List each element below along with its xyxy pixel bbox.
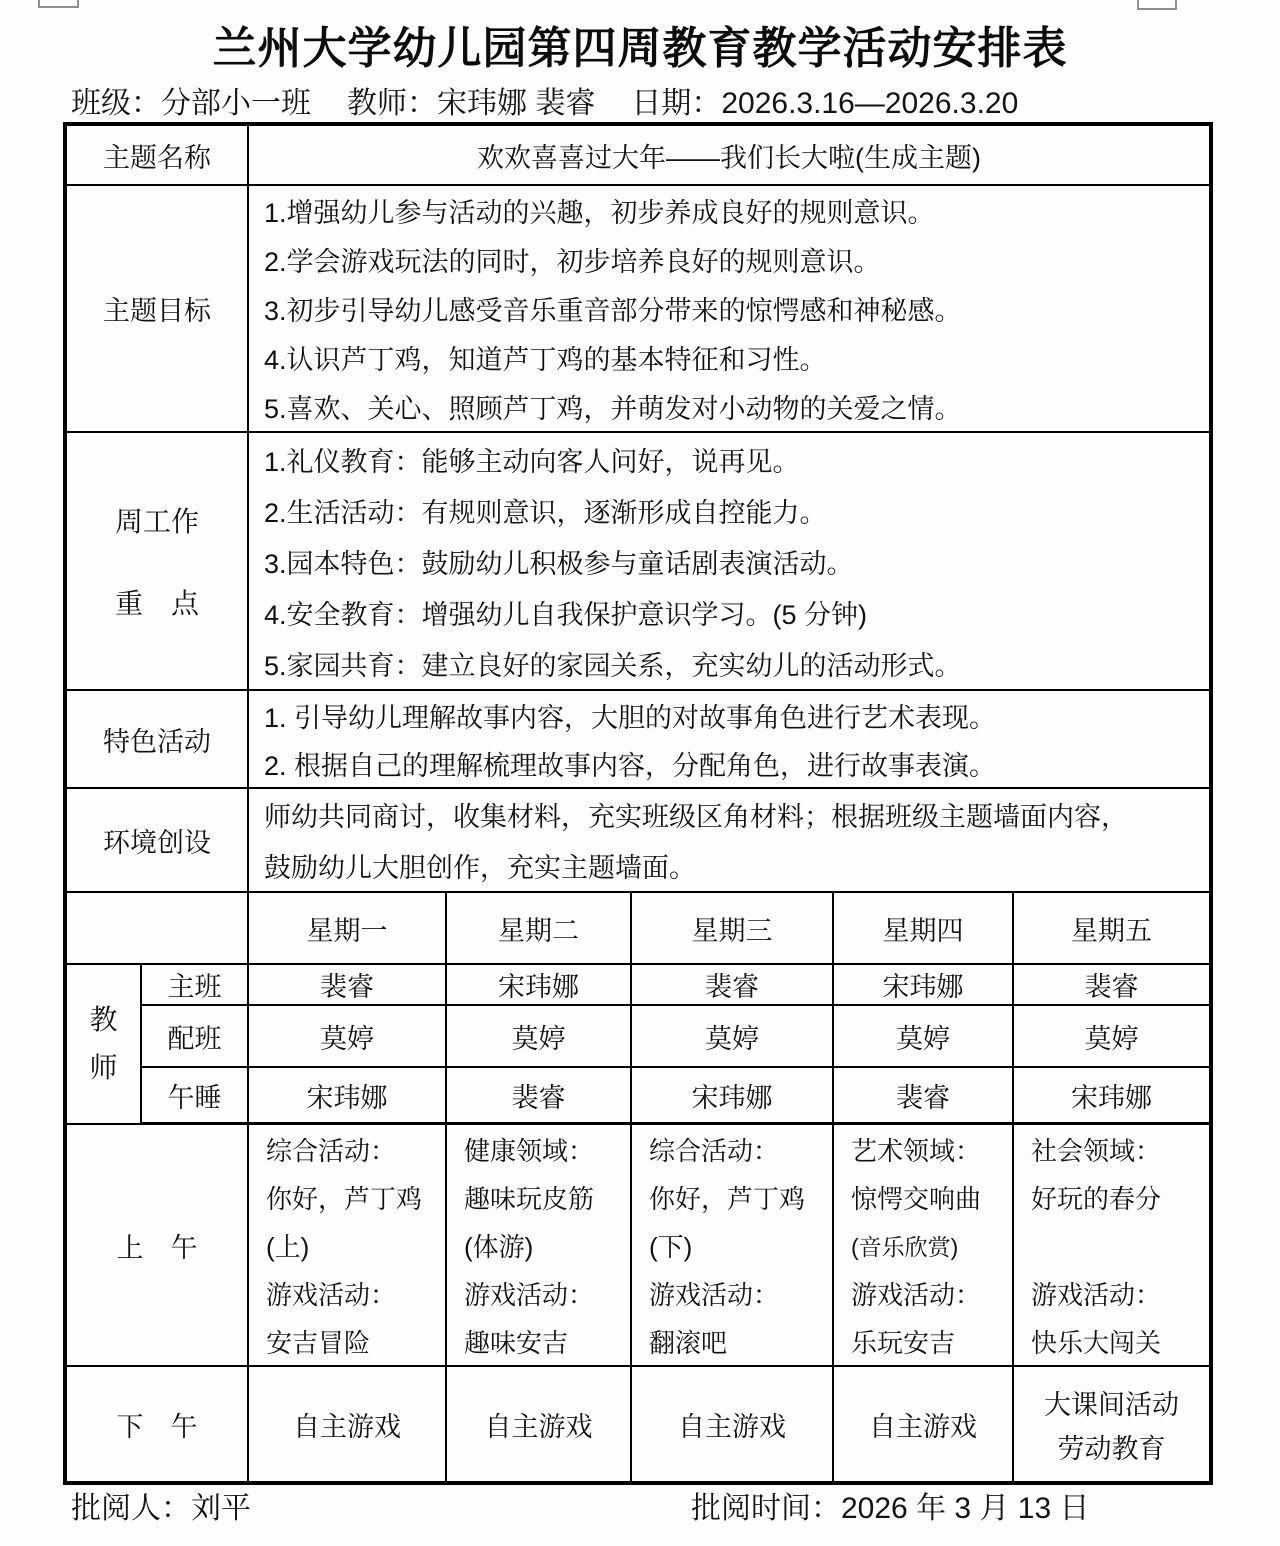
row-teacher-main: 教师 主班 裴睿 宋玮娜 裴睿 宋玮娜 裴睿 xyxy=(65,964,1211,1005)
activity-line: 游戏活动： xyxy=(1031,1269,1209,1317)
row-teacher-assist: 配班 莫婷 莫婷 莫婷 莫婷 莫婷 xyxy=(65,1005,1211,1067)
activity-line: 劳动教育 xyxy=(1058,1424,1166,1468)
row-morning: 上 午 综合活动： 你好，芦丁鸡 (上) 游戏活动： 安吉冒险 健康领域： 趣味… xyxy=(65,1124,1211,1367)
activity-line: 乐玩安吉 xyxy=(851,1317,1012,1365)
environment-label: 环境创设 xyxy=(65,788,248,892)
row-theme-goals: 主题目标 1.增强幼儿参与活动的兴趣，初步养成良好的规则意识。 2.学会游戏玩法… xyxy=(65,185,1211,432)
teacher-name: 裴睿 xyxy=(833,1067,1013,1124)
meta-teacher: 教师：宋玮娜 裴睿 xyxy=(347,78,595,122)
activity-line: (音乐欣赏) xyxy=(851,1221,1012,1269)
theme-goal-item: 4.认识芦丁鸡，知道芦丁鸡的基本特征和习性。 xyxy=(264,333,1209,382)
teacher-name: 莫婷 xyxy=(446,1005,631,1067)
activity-line: 趣味玩皮筋 xyxy=(464,1173,630,1221)
morning-cell-fri: 社会领域： 好玩的春分 游戏活动： 快乐大闯关 xyxy=(1013,1124,1211,1367)
week-focus-item: 5.家园共育：建立良好的家园关系，充实幼儿的活动形式。 xyxy=(264,638,1209,689)
weekday-mon: 星期一 xyxy=(248,892,446,964)
week-focus-cell: 1.礼仪教育：能够主动向客人问好，说再见。 2.生活活动：有规则意识，逐渐形成自… xyxy=(248,432,1211,690)
activity-line: (上) xyxy=(266,1221,445,1269)
week-focus-label: 周工作 重 点 xyxy=(65,432,248,690)
week-focus-label-line1: 周工作 xyxy=(67,500,247,540)
row-environment: 环境创设 师幼共同商讨，收集材料，充实班级区角材料；根据班级主题墙面内容， 鼓励… xyxy=(65,788,1211,892)
row-teacher-nap: 午睡 宋玮娜 裴睿 宋玮娜 裴睿 宋玮娜 xyxy=(65,1067,1211,1124)
activity-line: 你好，芦丁鸡 xyxy=(649,1173,832,1221)
teacher-assist-label: 配班 xyxy=(141,1005,248,1067)
theme-goal-item: 1.增强幼儿参与活动的兴趣，初步养成良好的规则意识。 xyxy=(264,186,1209,235)
morning-cell-tue: 健康领域： 趣味玩皮筋 (体游) 游戏活动： 趣味安吉 xyxy=(446,1124,631,1367)
theme-name-label: 主题名称 xyxy=(65,124,248,185)
activity-line: 翻滚吧 xyxy=(649,1317,832,1365)
meta-class: 班级：分部小一班 xyxy=(71,78,311,122)
activity-line: 游戏活动： xyxy=(464,1269,630,1317)
teacher-name: 裴睿 xyxy=(248,964,446,1005)
theme-goals-cell: 1.增强幼儿参与活动的兴趣，初步养成良好的规则意识。 2.学会游戏玩法的同时，初… xyxy=(248,185,1211,432)
teacher-name: 莫婷 xyxy=(1013,1005,1211,1067)
weekday-fri: 星期五 xyxy=(1013,892,1211,964)
teacher-name: 莫婷 xyxy=(631,1005,833,1067)
row-afternoon: 下 午 自主游戏 自主游戏 自主游戏 自主游戏 大课间活动 劳动教育 xyxy=(65,1366,1211,1483)
morning-cell-thu: 艺术领域： 惊愕交响曲 (音乐欣赏) 游戏活动： 乐玩安吉 xyxy=(833,1124,1013,1367)
activity-line: 综合活动： xyxy=(649,1125,832,1173)
teacher-name: 裴睿 xyxy=(1013,964,1211,1005)
scan-artifact-right xyxy=(1137,0,1177,10)
teacher-name: 宋玮娜 xyxy=(1013,1067,1211,1124)
footer-review-time: 批阅时间：2026 年 3 月 13 日 xyxy=(691,1483,1089,1527)
footer-line: 批阅人：刘平 批阅时间：2026 年 3 月 13 日 xyxy=(71,1483,1089,1527)
weekday-header-spacer xyxy=(65,892,248,964)
weekday-thu: 星期四 xyxy=(833,892,1013,964)
environment-line: 鼓励幼儿大胆创作，充实主题墙面。 xyxy=(264,840,1209,891)
footer-reviewer: 批阅人：刘平 xyxy=(71,1483,251,1527)
activity-line: 游戏活动： xyxy=(851,1269,1012,1317)
activity-line: 惊愕交响曲 xyxy=(851,1173,1012,1221)
theme-goal-item: 3.初步引导幼儿感受音乐重音部分带来的惊愕感和神秘感。 xyxy=(264,284,1209,333)
afternoon-cell-mon: 自主游戏 xyxy=(248,1366,446,1483)
theme-goals-label: 主题目标 xyxy=(65,185,248,432)
activity-line: 安吉冒险 xyxy=(266,1317,445,1365)
scan-artifact-left xyxy=(38,0,79,8)
activity-line: 趣味安吉 xyxy=(464,1317,630,1365)
teacher-name: 宋玮娜 xyxy=(833,964,1013,1005)
activity-line: 自主游戏 xyxy=(869,1402,977,1446)
scanned-schedule-page: 兰州大学幼儿园第四周教育教学活动安排表 班级：分部小一班 教师：宋玮娜 裴睿 日… xyxy=(0,0,1280,1546)
activity-line: 好玩的春分 xyxy=(1031,1173,1209,1221)
environment-line: 师幼共同商讨，收集材料，充实班级区角材料；根据班级主题墙面内容， xyxy=(264,789,1209,840)
teacher-name: 宋玮娜 xyxy=(446,964,631,1005)
activity-line: 游戏活动： xyxy=(266,1269,445,1317)
week-focus-item: 3.园本特色：鼓励幼儿积极参与童话剧表演活动。 xyxy=(264,536,1209,587)
environment-cell: 师幼共同商讨，收集材料，充实班级区角材料；根据班级主题墙面内容， 鼓励幼儿大胆创… xyxy=(248,788,1211,892)
teacher-name: 莫婷 xyxy=(833,1005,1013,1067)
theme-name-value: 欢欢喜喜过大年——我们长大啦(生成主题) xyxy=(248,124,1211,185)
activity-line: 你好，芦丁鸡 xyxy=(266,1173,445,1221)
afternoon-cell-thu: 自主游戏 xyxy=(833,1366,1013,1483)
morning-cell-wed: 综合活动： 你好，芦丁鸡 (下) 游戏活动： 翻滚吧 xyxy=(631,1124,833,1367)
activity-line xyxy=(1031,1221,1209,1269)
teacher-group-label-cell: 教师 xyxy=(65,964,141,1124)
meta-line: 班级：分部小一班 教师：宋玮娜 裴睿 日期：2026.3.16—2026.3.2… xyxy=(71,78,1018,122)
row-weekday-header: 星期一 星期二 星期三 星期四 星期五 xyxy=(65,892,1211,964)
morning-cell-mon: 综合活动： 你好，芦丁鸡 (上) 游戏活动： 安吉冒险 xyxy=(248,1124,446,1367)
teacher-nap-label: 午睡 xyxy=(141,1067,248,1124)
week-focus-item: 2.生活活动：有规则意识，逐渐形成自控能力。 xyxy=(264,485,1209,536)
activity-line: (体游) xyxy=(464,1221,630,1269)
activity-line: 大课间活动 xyxy=(1044,1380,1179,1424)
activity-line: 自主游戏 xyxy=(293,1402,401,1446)
activity-line: 艺术领域： xyxy=(851,1125,1012,1173)
afternoon-cell-wed: 自主游戏 xyxy=(631,1366,833,1483)
theme-goal-item: 5.喜欢、关心、照顾芦丁鸡，并萌发对小动物的关爱之情。 xyxy=(264,382,1209,431)
special-activities-cell: 1. 引导幼儿理解故事内容，大胆的对故事角色进行艺术表现。 2. 根据自己的理解… xyxy=(248,690,1211,788)
morning-label: 上 午 xyxy=(65,1124,248,1367)
activity-line: (下) xyxy=(649,1221,832,1269)
teacher-name: 宋玮娜 xyxy=(248,1067,446,1124)
teacher-name: 裴睿 xyxy=(446,1067,631,1124)
weekday-wed: 星期三 xyxy=(631,892,833,964)
teacher-name: 裴睿 xyxy=(631,964,833,1005)
activity-line: 快乐大闯关 xyxy=(1031,1317,1209,1365)
teacher-group-label: 教师 xyxy=(87,996,121,1092)
activity-line: 健康领域： xyxy=(464,1125,630,1173)
week-focus-label-line2: 重 点 xyxy=(67,582,247,622)
schedule-table: 主题名称 欢欢喜喜过大年——我们长大啦(生成主题) 主题目标 1.增强幼儿参与活… xyxy=(63,122,1213,1485)
row-theme-name: 主题名称 欢欢喜喜过大年——我们长大啦(生成主题) xyxy=(65,124,1211,185)
activity-line: 社会领域： xyxy=(1031,1125,1209,1173)
meta-date: 日期：2026.3.16—2026.3.20 xyxy=(631,78,1018,122)
activity-line: 自主游戏 xyxy=(485,1402,593,1446)
page-title: 兰州大学幼儿园第四周教育教学活动安排表 xyxy=(0,12,1280,76)
special-activities-label: 特色活动 xyxy=(65,690,248,788)
weekday-tue: 星期二 xyxy=(446,892,631,964)
special-activity-item: 1. 引导幼儿理解故事内容，大胆的对故事角色进行艺术表现。 xyxy=(264,691,1209,739)
week-focus-item: 1.礼仪教育：能够主动向客人问好，说再见。 xyxy=(264,434,1209,485)
afternoon-cell-fri: 大课间活动 劳动教育 xyxy=(1013,1366,1211,1483)
theme-goal-item: 2.学会游戏玩法的同时，初步培养良好的规则意识。 xyxy=(264,235,1209,284)
special-activity-item: 2. 根据自己的理解梳理故事内容，分配角色，进行故事表演。 xyxy=(264,739,1209,787)
activity-line: 自主游戏 xyxy=(678,1402,786,1446)
teacher-name: 宋玮娜 xyxy=(631,1067,833,1124)
teacher-main-label: 主班 xyxy=(141,964,248,1005)
afternoon-cell-tue: 自主游戏 xyxy=(446,1366,631,1483)
teacher-name: 莫婷 xyxy=(248,1005,446,1067)
row-special-activities: 特色活动 1. 引导幼儿理解故事内容，大胆的对故事角色进行艺术表现。 2. 根据… xyxy=(65,690,1211,788)
activity-line: 游戏活动： xyxy=(649,1269,832,1317)
afternoon-label: 下 午 xyxy=(65,1366,248,1483)
activity-line: 综合活动： xyxy=(266,1125,445,1173)
row-week-focus: 周工作 重 点 1.礼仪教育：能够主动向客人问好，说再见。 2.生活活动：有规则… xyxy=(65,432,1211,690)
week-focus-item: 4.安全教育：增强幼儿自我保护意识学习。(5 分钟) xyxy=(264,587,1209,638)
